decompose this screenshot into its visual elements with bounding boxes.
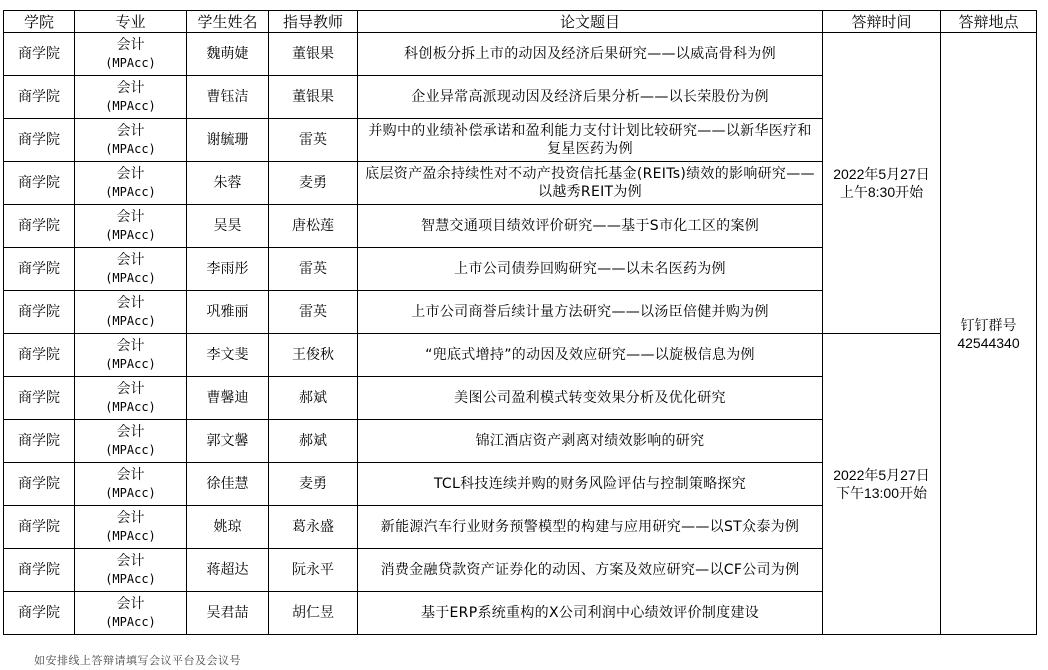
header-thesis-title: 论文题目 [358, 11, 823, 33]
cell-student: 谢毓珊 [187, 119, 269, 162]
cell-advisor: 阮永平 [269, 549, 358, 592]
major-name: 会计 [117, 596, 145, 612]
major-program: (MPAcc) [79, 355, 182, 373]
major-program: (MPAcc) [79, 398, 182, 416]
cell-thesis-title: 科创板分拆上市的动因及经济后果研究——以威高骨科为例 [358, 33, 823, 76]
cell-advisor: 郝斌 [269, 377, 358, 420]
major-program: (MPAcc) [79, 527, 182, 545]
cell-student: 李文斐 [187, 334, 269, 377]
cell-thesis-title: 锦江酒店资产剥离对绩效影响的研究 [358, 420, 823, 463]
major-name: 会计 [117, 338, 145, 354]
place-label: 钉钉群号 [945, 316, 1032, 334]
cell-major: 会计(MPAcc) [75, 592, 187, 635]
cell-major: 会计(MPAcc) [75, 119, 187, 162]
defense-start-time: 上午8:30开始 [827, 183, 936, 201]
cell-college: 商学院 [4, 334, 75, 377]
cell-thesis-title: 底层资产盈余持续性对不动产投资信托基金(REITs)绩效的影响研究——以越秀RE… [358, 162, 823, 205]
defense-schedule-table: 学院 专业 学生姓名 指导教师 论文题目 答辩时间 答辩地点 商学院会计(MPA… [3, 10, 1037, 635]
cell-major: 会计(MPAcc) [75, 463, 187, 506]
cell-major: 会计(MPAcc) [75, 506, 187, 549]
cell-defense-time: 2022年5月27日上午8:30开始 [823, 33, 941, 334]
cell-student: 姚琼 [187, 506, 269, 549]
table-row: 商学院会计(MPAcc)魏萌婕董银果科创板分拆上市的动因及经济后果研究——以威高… [4, 33, 1037, 76]
major-program: (MPAcc) [79, 226, 182, 244]
header-college: 学院 [4, 11, 75, 33]
major-name: 会计 [117, 295, 145, 311]
cell-major: 会计(MPAcc) [75, 377, 187, 420]
cell-thesis-title: 美图公司盈利模式转变效果分析及优化研究 [358, 377, 823, 420]
cell-thesis-title: TCL科技连续并购的财务风险评估与控制策略探究 [358, 463, 823, 506]
cell-thesis-title: 上市公司商誉后续计量方法研究——以汤臣倍健并购为例 [358, 291, 823, 334]
cell-advisor: 王俊秋 [269, 334, 358, 377]
major-name: 会计 [117, 381, 145, 397]
cell-college: 商学院 [4, 291, 75, 334]
cell-major: 会计(MPAcc) [75, 291, 187, 334]
major-name: 会计 [117, 37, 145, 53]
cell-thesis-title: “兜底式增持”的动因及效应研究——以旋极信息为例 [358, 334, 823, 377]
table-row: 商学院会计(MPAcc)李文斐王俊秋“兜底式增持”的动因及效应研究——以旋极信息… [4, 334, 1037, 377]
cell-major: 会计(MPAcc) [75, 76, 187, 119]
cell-college: 商学院 [4, 76, 75, 119]
cell-college: 商学院 [4, 248, 75, 291]
defense-start-time: 下午13:00开始 [827, 484, 936, 502]
cell-advisor: 唐松莲 [269, 205, 358, 248]
major-name: 会计 [117, 467, 145, 483]
major-name: 会计 [117, 123, 145, 139]
cell-advisor: 董银果 [269, 76, 358, 119]
header-defense-place: 答辩地点 [941, 11, 1037, 33]
cell-student: 曹馨迪 [187, 377, 269, 420]
cell-student: 吴昊 [187, 205, 269, 248]
cell-major: 会计(MPAcc) [75, 420, 187, 463]
cell-advisor: 郝斌 [269, 420, 358, 463]
cell-advisor: 雷英 [269, 291, 358, 334]
cell-advisor: 胡仁昱 [269, 592, 358, 635]
cell-college: 商学院 [4, 162, 75, 205]
cell-major: 会计(MPAcc) [75, 549, 187, 592]
cell-college: 商学院 [4, 506, 75, 549]
major-program: (MPAcc) [79, 97, 182, 115]
major-name: 会计 [117, 209, 145, 225]
cell-college: 商学院 [4, 33, 75, 76]
header-advisor: 指导教师 [269, 11, 358, 33]
cell-advisor: 雷英 [269, 248, 358, 291]
defense-date: 2022年5月27日 [827, 165, 936, 183]
major-program: (MPAcc) [79, 441, 182, 459]
major-program: (MPAcc) [79, 570, 182, 588]
cell-college: 商学院 [4, 205, 75, 248]
major-program: (MPAcc) [79, 140, 182, 158]
cell-college: 商学院 [4, 463, 75, 506]
major-name: 会计 [117, 424, 145, 440]
cell-advisor: 葛永盛 [269, 506, 358, 549]
cell-college: 商学院 [4, 549, 75, 592]
major-program: (MPAcc) [79, 54, 182, 72]
cell-major: 会计(MPAcc) [75, 334, 187, 377]
cell-college: 商学院 [4, 119, 75, 162]
cell-student: 蒋超达 [187, 549, 269, 592]
cell-thesis-title: 上市公司债券回购研究——以未名医药为例 [358, 248, 823, 291]
cell-student: 魏萌婕 [187, 33, 269, 76]
cell-student: 曹钰洁 [187, 76, 269, 119]
cell-student: 徐佳慧 [187, 463, 269, 506]
major-program: (MPAcc) [79, 613, 182, 631]
header-row: 学院 专业 学生姓名 指导教师 论文题目 答辩时间 答辩地点 [4, 11, 1037, 33]
cell-advisor: 雷英 [269, 119, 358, 162]
cell-student: 李雨彤 [187, 248, 269, 291]
header-student: 学生姓名 [187, 11, 269, 33]
cell-college: 商学院 [4, 592, 75, 635]
major-name: 会计 [117, 553, 145, 569]
cell-thesis-title: 新能源汽车行业财务预警模型的构建与应用研究——以ST众泰为例 [358, 506, 823, 549]
footnote: 如安排线上答辩请填写会议平台及会议号 [34, 652, 241, 668]
header-defense-time: 答辩时间 [823, 11, 941, 33]
cell-student: 郭文馨 [187, 420, 269, 463]
cell-thesis-title: 消费金融贷款资产证券化的动因、方案及效应研究—以CF公司为例 [358, 549, 823, 592]
header-major: 专业 [75, 11, 187, 33]
major-program: (MPAcc) [79, 312, 182, 330]
cell-student: 巩雅丽 [187, 291, 269, 334]
cell-college: 商学院 [4, 420, 75, 463]
major-name: 会计 [117, 166, 145, 182]
cell-major: 会计(MPAcc) [75, 33, 187, 76]
major-program: (MPAcc) [79, 484, 182, 502]
major-name: 会计 [117, 252, 145, 268]
dingtalk-group-number: 42544340 [945, 334, 1032, 352]
cell-major: 会计(MPAcc) [75, 205, 187, 248]
major-name: 会计 [117, 80, 145, 96]
major-name: 会计 [117, 510, 145, 526]
defense-date: 2022年5月27日 [827, 466, 936, 484]
cell-defense-time: 2022年5月27日下午13:00开始 [823, 334, 941, 635]
cell-college: 商学院 [4, 377, 75, 420]
cell-student: 朱蓉 [187, 162, 269, 205]
major-program: (MPAcc) [79, 269, 182, 287]
cell-advisor: 麦勇 [269, 162, 358, 205]
cell-thesis-title: 并购中的业绩补偿承诺和盈利能力支付计划比较研究——以新华医疗和复星医药为例 [358, 119, 823, 162]
cell-defense-place: 钉钉群号42544340 [941, 33, 1037, 635]
cell-student: 吴君喆 [187, 592, 269, 635]
cell-advisor: 董银果 [269, 33, 358, 76]
cell-thesis-title: 基于ERP系统重构的X公司利润中心绩效评价制度建设 [358, 592, 823, 635]
cell-major: 会计(MPAcc) [75, 248, 187, 291]
cell-advisor: 麦勇 [269, 463, 358, 506]
cell-thesis-title: 企业异常高派现动因及经济后果分析——以长荣股份为例 [358, 76, 823, 119]
cell-thesis-title: 智慧交通项目绩效评价研究——基于S市化工区的案例 [358, 205, 823, 248]
cell-major: 会计(MPAcc) [75, 162, 187, 205]
major-program: (MPAcc) [79, 183, 182, 201]
